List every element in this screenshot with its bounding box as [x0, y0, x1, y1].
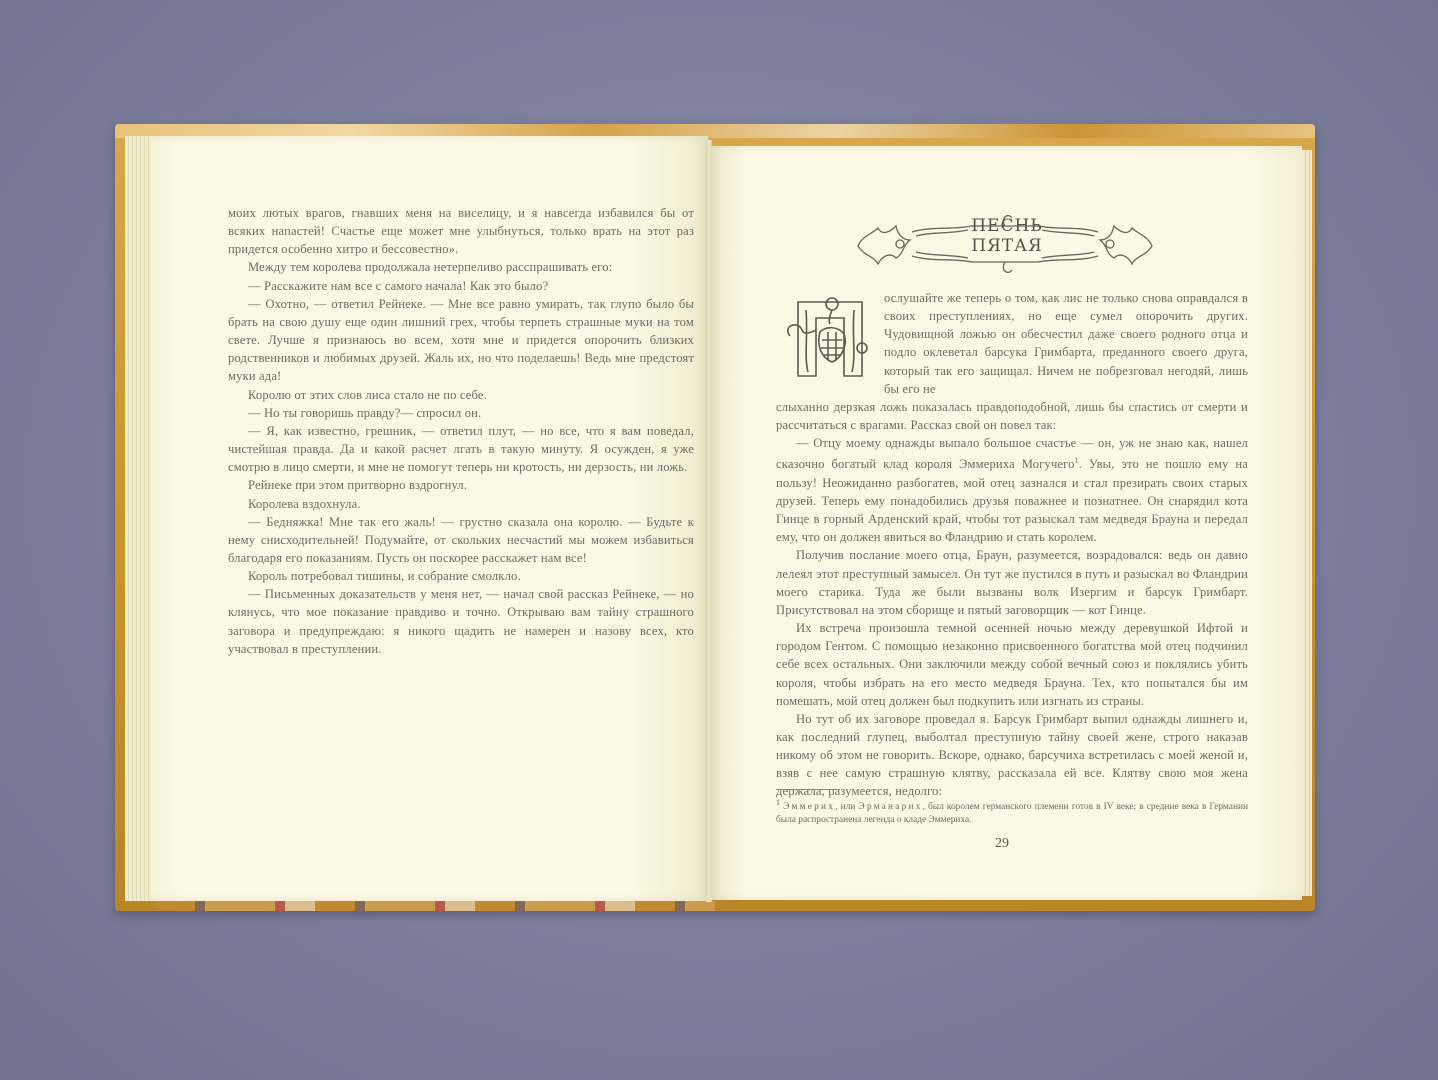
- footnote-divider: [776, 789, 840, 790]
- paragraph: моих лютых врагов, гнавших меня на висел…: [228, 204, 694, 258]
- chapter-heading: ПЕСНЬ ПЯТАЯ: [852, 206, 1158, 276]
- drop-cap: [776, 296, 876, 378]
- paragraph: — Отцу моему однажды выпало большое счас…: [776, 434, 1248, 546]
- footnote-separator: , или: [835, 802, 858, 812]
- paragraph: Рейнеке при этом притворно вздрогнул.: [228, 476, 694, 494]
- opening-paragraph: ослушайте же теперь о том, как лис не то…: [884, 289, 1248, 398]
- paragraph: слыханно дерзкая ложь показалась правдоп…: [776, 398, 1248, 434]
- right-page-stack: [1302, 150, 1312, 896]
- footnote-term: Эммерих: [783, 802, 835, 812]
- paragraph: Король потребовал тишины, и собрание смо…: [228, 567, 694, 585]
- paragraph: Королю от этих слов лиса стало не по себ…: [228, 386, 694, 404]
- paragraph: Королева вздохнула.: [228, 495, 694, 513]
- paragraph: — Я, как известно, грешник, — ответил пл…: [228, 422, 694, 476]
- paragraph: Получив послание моего отца, Браун, разу…: [776, 546, 1248, 619]
- paragraph: Но тут об их заговоре проведал я. Барсук…: [776, 710, 1248, 801]
- paragraph: — Расскажите нам все с самого начала! Ка…: [228, 277, 694, 295]
- hop-cone-drop-cap-icon: [776, 296, 876, 378]
- left-page-text: моих лютых врагов, гнавших меня на висел…: [228, 204, 694, 658]
- cover-wear: [155, 901, 715, 911]
- chapter-title: ПЕСНЬ ПЯТАЯ: [962, 216, 1052, 256]
- page-number: 29: [990, 836, 1014, 852]
- paragraph: — Бедняжка! Мне так его жаль! — грустно …: [228, 513, 694, 567]
- opening-paragraph-text: ослушайте же теперь о том, как лис не то…: [884, 289, 1248, 398]
- paragraph: — Но ты говоришь правду?— спросил он.: [228, 404, 694, 422]
- paragraph: — Охотно, — ответил Рейнеке. — Мне все р…: [228, 295, 694, 386]
- paragraph: Их встреча произошла темной осенней ночь…: [776, 619, 1248, 710]
- footnote-number: 1: [776, 798, 780, 807]
- footnote-term: Эрманарих: [858, 802, 922, 812]
- chapter-title-line1: ПЕСНЬ: [962, 216, 1052, 236]
- footnote: 1 Эммерих, или Эрманарих, был королем ге…: [776, 796, 1248, 827]
- right-page-text: слыханно дерзкая ложь показалась правдоп…: [776, 398, 1248, 801]
- chapter-title-line2: ПЯТАЯ: [962, 236, 1052, 256]
- paragraph: Между тем королева продолжала нетерпелив…: [228, 258, 694, 276]
- paragraph: — Письменных доказательств у меня нет, —…: [228, 585, 694, 658]
- left-page-stack: [125, 136, 151, 901]
